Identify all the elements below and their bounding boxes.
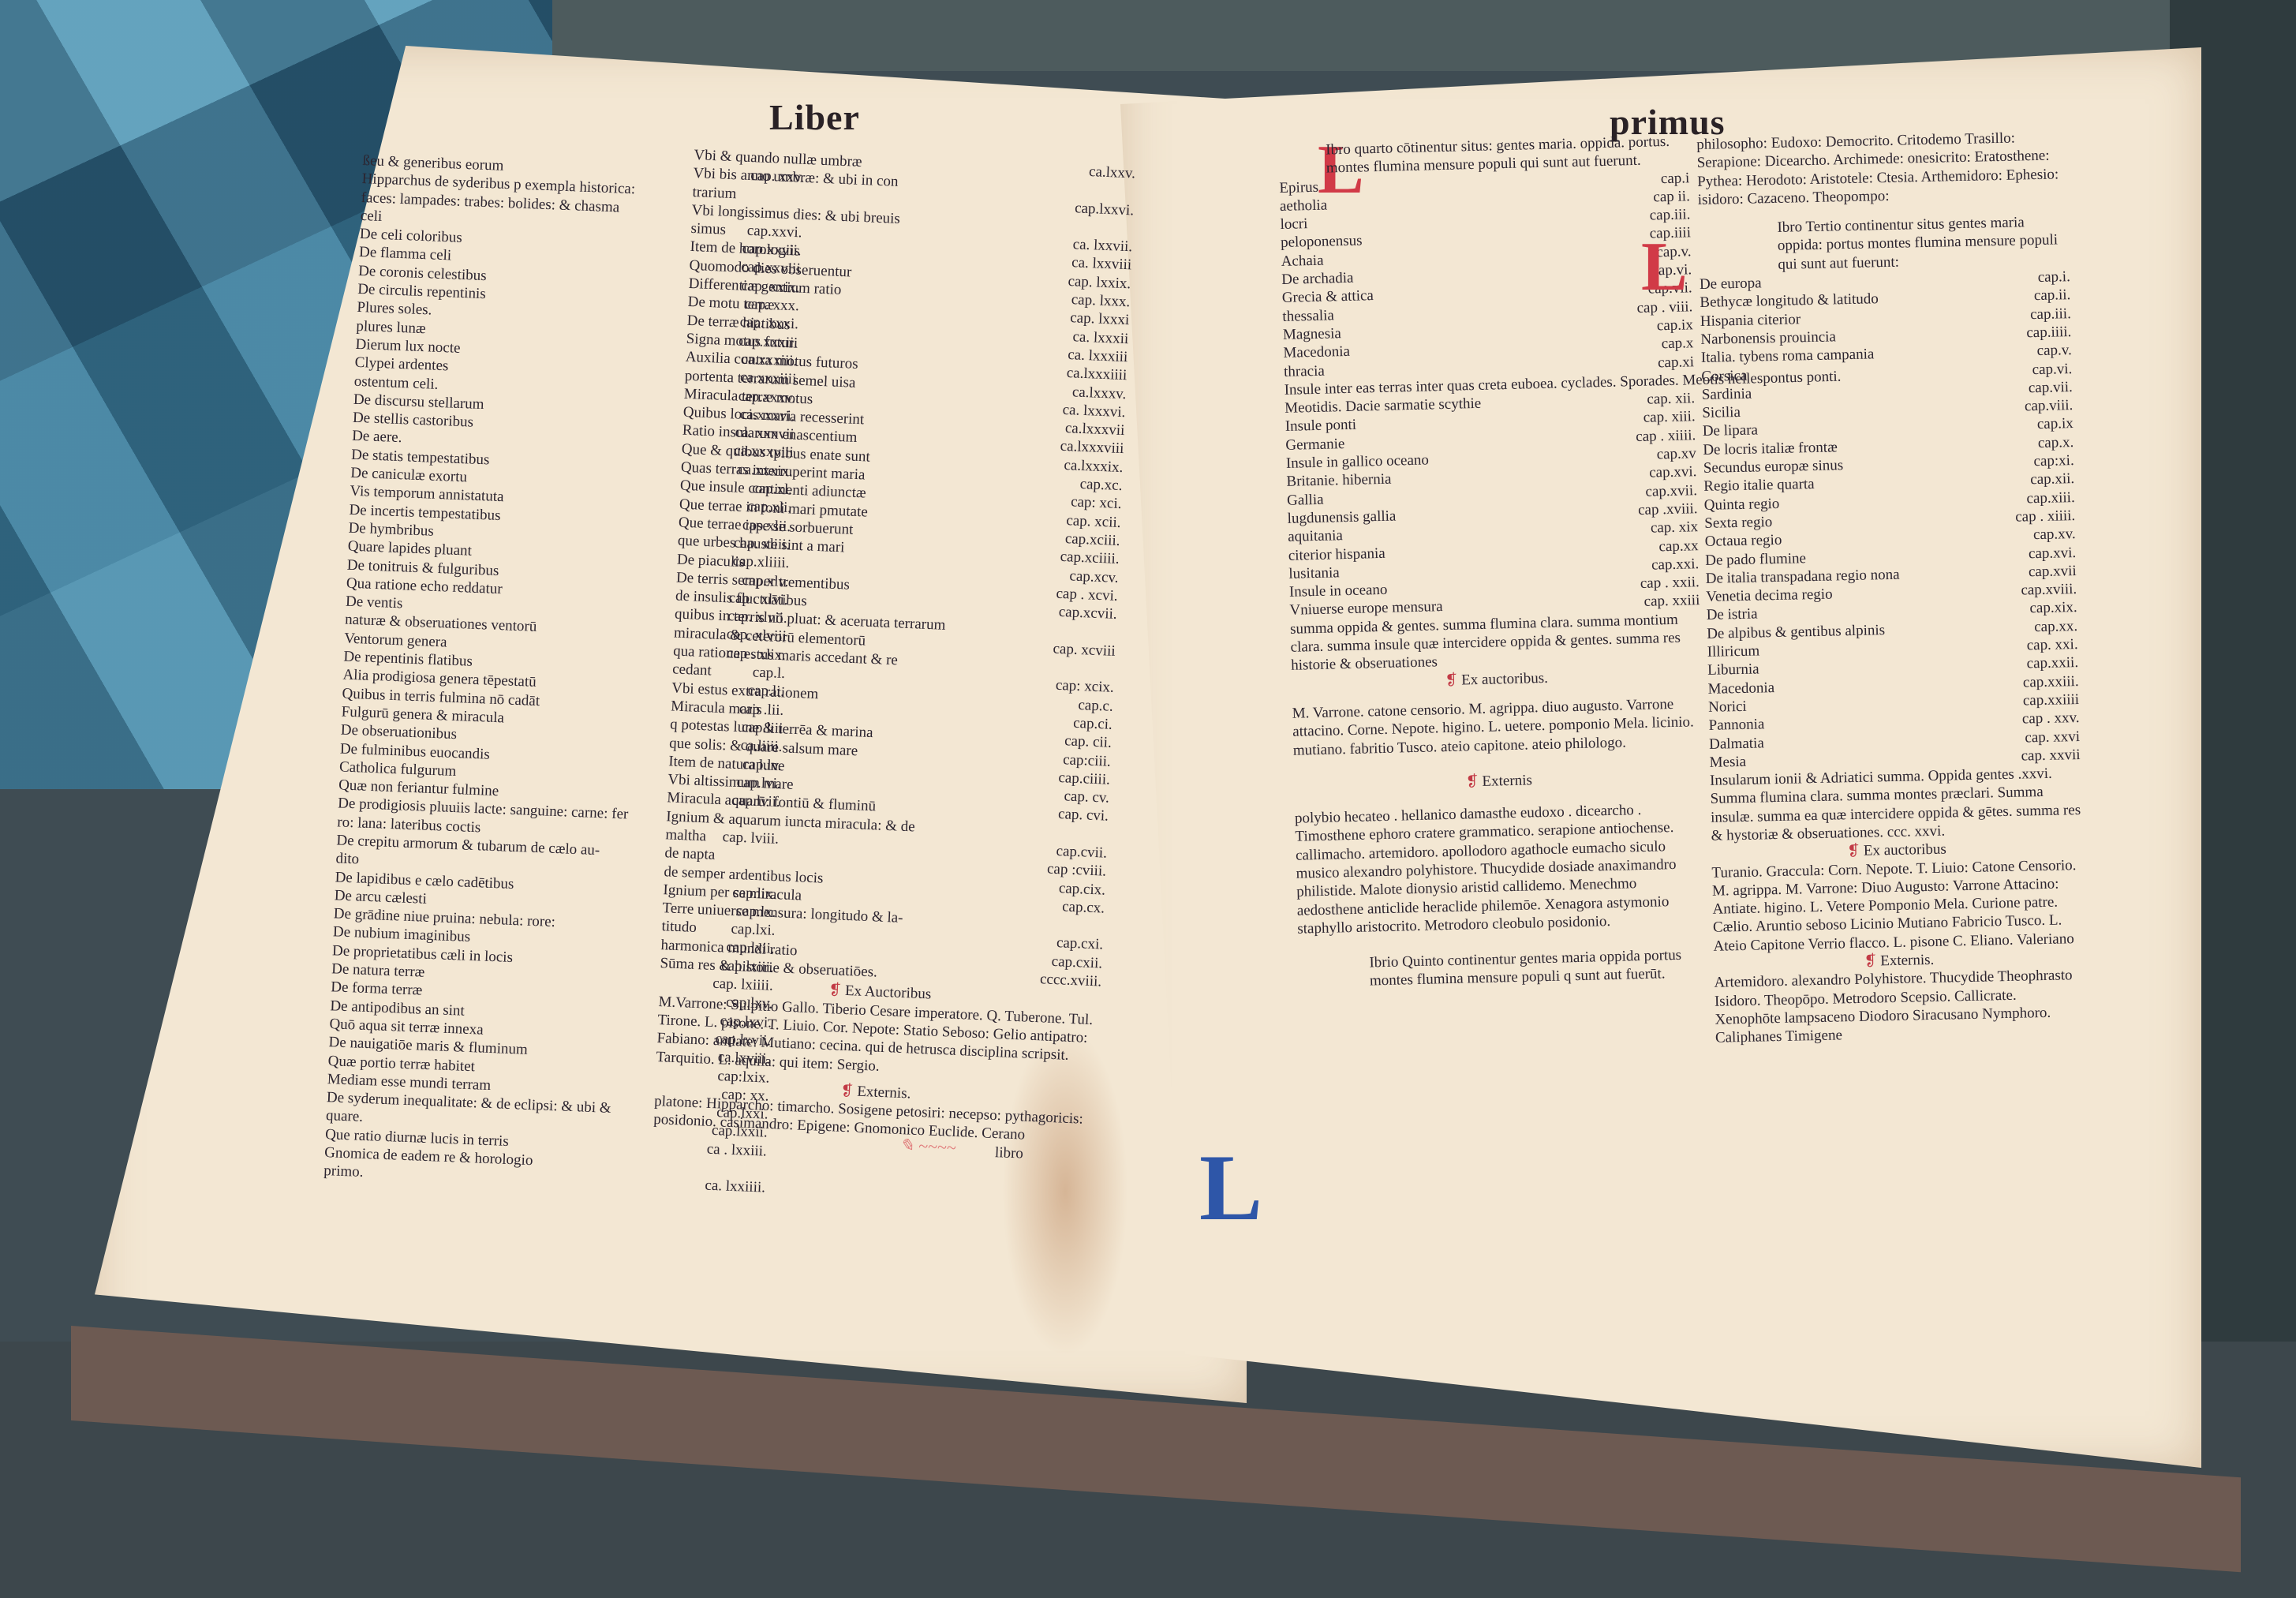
entry-title: De lipara	[1703, 421, 1759, 441]
chapter-number: cap. cvi.	[1050, 805, 1109, 825]
entry-title: thracia	[1284, 361, 1325, 381]
chapter-number: cap.cxi.	[1049, 934, 1104, 954]
entry-title: Sardinia	[1702, 384, 1752, 404]
chapter-number: cap.v.	[2029, 341, 2072, 360]
ex-auctoribus-text-b3: Turanio. Graccula: Corn. Nepote. T. Liui…	[1711, 856, 2084, 956]
chapter-number: ca. lxxiiii.	[697, 1177, 765, 1198]
entry-title: celi	[360, 207, 382, 226]
entry-title: Insule ponti	[1285, 416, 1357, 436]
chapter-number: cccc.xviii.	[1032, 970, 1102, 991]
chapter-number: cap.iii.	[2022, 305, 2071, 324]
entry-title: Macedonia	[1283, 342, 1350, 362]
entry-title: primo.	[323, 1162, 364, 1181]
entry-title: De istria	[1706, 605, 1757, 625]
entry-title: De archadia	[1281, 269, 1354, 290]
chapter-number: ca.lxxv.	[1081, 163, 1136, 183]
chapter-number: cap.viii.	[2017, 396, 2074, 416]
entry-title: Regio italie quarta	[1703, 475, 1815, 496]
chapter-number: cap.i	[1653, 169, 1690, 188]
chapter-number: cap.x	[1653, 334, 1693, 354]
ex-auctoribus-text-b4: M. Varrone. catone censorio. M. agrippa.…	[1292, 694, 1703, 760]
chapter-number: cap . xxv.	[2014, 709, 2080, 728]
chapter-number: cap. lxxx.	[1063, 290, 1130, 312]
chapter-number	[1099, 825, 1108, 844]
externis-text-b4: polybio hecateo . hellanico damasthe eud…	[1295, 799, 1708, 938]
chapter-number: cap. xiii.	[1635, 408, 1695, 428]
running-head-left: Liber	[769, 96, 860, 138]
chapter-number: ca. lxxxii	[1064, 327, 1129, 349]
chapter-number: cap.xx.	[2026, 617, 2077, 637]
entry-title: Grecia & attica	[1282, 286, 1374, 307]
chapter-number: cap.ix	[1649, 316, 1693, 335]
margin-note: ✎ ~~~~	[899, 1135, 956, 1158]
chapter-number: cap.xxiiii	[2015, 690, 2080, 710]
entry-title: De aere.	[352, 427, 402, 447]
chapter-number: cap.xxii.	[2018, 653, 2078, 673]
chapter-number: cap.xix.	[2021, 598, 2077, 618]
chapter-number: cap:xi.	[2025, 451, 2074, 471]
chapter-number: cap.x.	[2030, 433, 2074, 452]
chapter-number	[1125, 219, 1134, 238]
chapter-number: cap. xxi.	[2018, 635, 2077, 655]
entry-title: dito	[335, 850, 359, 869]
entry-title: plures lunæ	[356, 317, 426, 339]
chapter-number	[1108, 623, 1116, 642]
chapter-number: ca.lxxxix.	[1056, 455, 1124, 477]
chapter-number: cap.xciii.	[1056, 530, 1120, 551]
chapter-number	[1106, 660, 1115, 679]
chapter-number: cap .xviii.	[1630, 500, 1698, 519]
entry-title: Liburnia	[1707, 661, 1759, 680]
chapter-number: cap :cviii.	[1039, 859, 1107, 881]
entry-title: Magnesia	[1283, 324, 1341, 344]
book3-summary: Insularum ionii & Adriatici summa. Oppid…	[1710, 764, 2082, 845]
entry-title: Insule in oceano	[1289, 581, 1388, 601]
chapter-number: cap.xc.	[1071, 474, 1123, 495]
chapter-number: cap.xvi.	[2021, 544, 2077, 563]
entry-title: cedant	[672, 661, 712, 680]
entry-title: titudo	[661, 918, 697, 937]
entry-title: De pado flumine	[1705, 549, 1806, 570]
chapter-number: cap. xix	[1643, 518, 1699, 537]
chapter-number: cap.cix.	[1050, 878, 1105, 899]
book4-summary: summa oppida & gentes. summa flumina cla…	[1290, 610, 1702, 676]
chapter-number: cap.xcv.	[1061, 567, 1119, 587]
entry-title: trarium	[692, 183, 737, 204]
chapter-number: cap.xv	[1648, 444, 1696, 464]
illuminated-initial-book5: L	[1199, 1140, 1262, 1235]
chapter-number: cap. cii.	[1056, 732, 1112, 752]
chapter-number: cap . xxii.	[1632, 573, 1700, 593]
authors-continuation: philosopho: Eudoxo: Democrito. Critodemo…	[1696, 128, 2069, 209]
chapter-number: cap. xcviii	[1045, 639, 1116, 661]
entry-title: Dalmatia	[1709, 734, 1764, 754]
chapter-number: cap. xxvi	[2017, 727, 2080, 747]
entry-title: Illiricum	[1707, 642, 1759, 661]
entry-title: Hispania citerior	[1700, 310, 1801, 331]
chapter-number: cap.i.	[2029, 268, 2070, 286]
chapter-number: cap. xii.	[1639, 389, 1695, 409]
entry-title: De ventis	[346, 593, 403, 613]
externis-text-b3: Artemidoro. alexandro Polyhistore. Thucy…	[1714, 966, 2086, 1047]
chapter-number: cap.lxxvi.	[1067, 198, 1135, 219]
chapter-number: cap . xiiii.	[2007, 507, 2075, 526]
entry-title: Norici	[1708, 698, 1747, 717]
entry-title: peloponensus	[1281, 232, 1363, 253]
illuminated-initial-book3: L	[1641, 233, 1688, 302]
entry-title: simus	[690, 219, 726, 239]
chapter-number: cap.ix	[2029, 415, 2074, 434]
externis-heading-b4: ❡ Externis	[1294, 767, 1704, 795]
entry-title: Italia. tybens roma campania	[1701, 346, 1875, 368]
chapter-number: cap. xxvii	[2013, 746, 2080, 765]
chapter-number: cap.cx.	[1054, 897, 1105, 918]
entry-title: Secundus europæ sinus	[1703, 456, 1844, 477]
chapter-number: cap . xiiii.	[1628, 426, 1696, 446]
chapter-number: cap.ci.	[1065, 713, 1113, 734]
chapter-number: cap.iiii.	[2018, 323, 2071, 342]
chapter-number: cap.xvi.	[1641, 463, 1697, 483]
entry-title: Venetia decima regio	[1706, 586, 1833, 607]
entry-title: Mesia	[1709, 753, 1746, 772]
chapter-number: cap.xi	[1650, 353, 1694, 372]
chapter-number: cap.xvii	[2021, 562, 2077, 582]
entry-title: Germanie	[1285, 435, 1344, 455]
entry-title: Sicilia	[1702, 403, 1741, 422]
chapter-number: cap.c.	[1070, 695, 1113, 716]
entry-title: locri	[1280, 215, 1307, 234]
entry-title: Gallia	[1287, 490, 1324, 509]
entry-title: Bethycæ longitudo & latitudo	[1700, 290, 1879, 312]
book3-intro: Ibro Tertio continentur situs gentes mar…	[1698, 212, 2070, 275]
chapter-number: cap: xci.	[1063, 492, 1122, 513]
chapter-number: cap. xcii.	[1058, 511, 1121, 532]
entry-title: Octaua regio	[1705, 531, 1782, 551]
chapter-number: ca. lxxvii.	[1064, 235, 1132, 256]
chapter-number: cap.ii.	[2026, 286, 2071, 305]
entry-title: Corsica	[1701, 366, 1748, 386]
entry-title: Sexta regio	[1704, 513, 1772, 533]
chapter-number: cap. xxiii	[1636, 592, 1700, 612]
chapter-number: cap.ciiii.	[1050, 768, 1110, 788]
entry-title: Insule in gallico oceano	[1286, 451, 1429, 473]
entry-title: De europa	[1700, 274, 1762, 294]
entry-title: Achaia	[1281, 251, 1323, 271]
chapter-number: cap ii.	[1645, 187, 1690, 207]
entry-title: lugdunensis gallia	[1287, 507, 1396, 528]
chapter-number: cap.xxi.	[1643, 555, 1700, 574]
chapter-number: cap.xvii.	[1637, 481, 1697, 501]
chapter-number: cap.xv.	[2025, 525, 2076, 545]
chapter-number	[1127, 182, 1135, 201]
chapter-number: cap.cvii.	[1048, 842, 1107, 863]
entry-title: Epirus	[1279, 178, 1318, 197]
entry-title: thessalia	[1282, 306, 1334, 326]
entry-title: Pannonia	[1708, 716, 1764, 735]
chapter-number: cap.iii.	[1641, 205, 1690, 225]
chapter-number: cap.xx	[1651, 537, 1699, 556]
chapter-number: cap.xii.	[2022, 470, 2074, 489]
chapter-number: cap.xcvii.	[1050, 603, 1117, 624]
entry-title: Macedonia	[1707, 679, 1774, 698]
chapter-number: cap.xiii.	[2018, 488, 2075, 508]
entry-title: lusitania	[1288, 563, 1340, 583]
entry-title: maltha	[665, 825, 707, 845]
chapter-number: cap:ciii.	[1055, 750, 1112, 770]
chapter-number: cap.xviii.	[2013, 580, 2077, 600]
chapter-number: cap.xxiii.	[2015, 672, 2079, 692]
chapter-number: cap.xciiii.	[1052, 548, 1120, 569]
entry-title: Quinta regio	[1704, 495, 1780, 515]
left-column-2: Vbi & quando nullæ umbræca.lxxv.Vbi bis …	[653, 146, 1136, 1166]
entry-title: aquitania	[1288, 526, 1343, 546]
chapter-number: cap: xcix.	[1047, 676, 1114, 698]
right-column-2: philosopho: Eudoxo: Democrito. Critodemo…	[1696, 128, 2086, 1047]
chapter-number: cap. cv.	[1056, 787, 1109, 807]
chapter-number: cap. lxxxi	[1062, 309, 1130, 330]
chapter-number: cap.vi.	[2024, 360, 2072, 380]
chapter-number: cap.vii.	[2021, 378, 2073, 398]
chapter-number: cap.cxii.	[1043, 952, 1102, 972]
chapter-number: ca.lxxxv.	[1064, 382, 1126, 403]
entry-title: quare.	[326, 1107, 364, 1127]
entry-title: citerior hispania	[1288, 544, 1385, 564]
chapter-number	[757, 1160, 766, 1179]
chapter-number	[1096, 917, 1105, 936]
entry-title: aetholia	[1280, 196, 1328, 215]
entry-title: Britanie. hibernia	[1286, 470, 1391, 492]
entry-title: de napta	[664, 844, 716, 865]
entry-title: De alpibus & gentibus alpinis	[1707, 621, 1885, 643]
